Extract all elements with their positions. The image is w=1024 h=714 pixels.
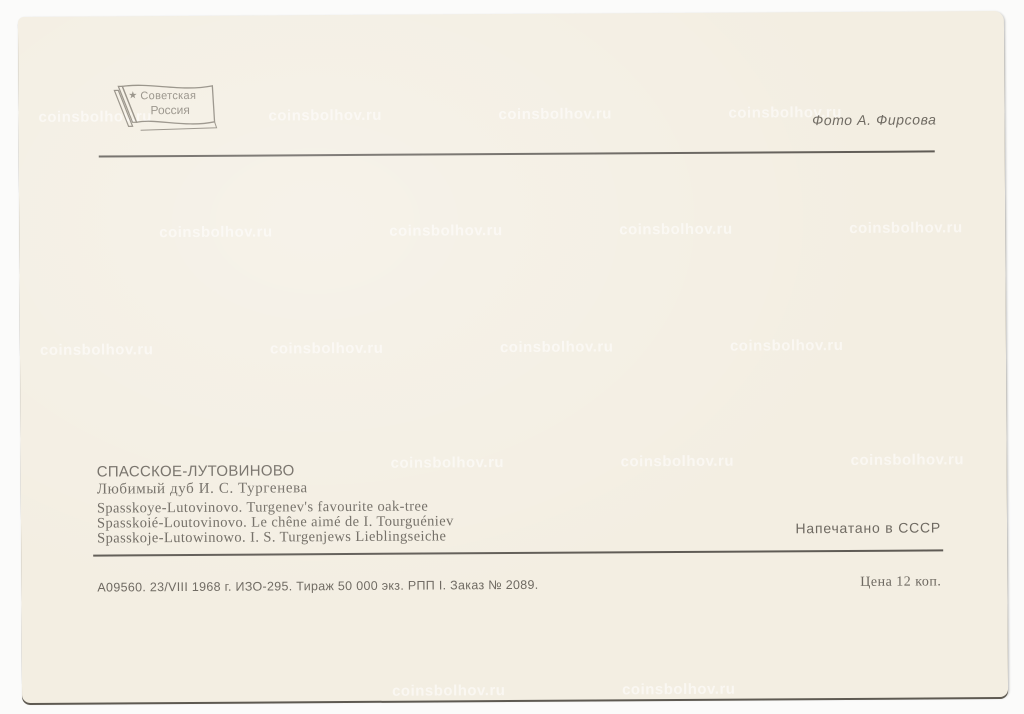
watermark: coinsbolhov.ru	[392, 682, 506, 700]
top-divider	[99, 150, 935, 157]
watermark: coinsbolhov.ru	[500, 338, 614, 356]
subtitle-russian: Любимый дуб И. С. Тургенева	[97, 480, 308, 498]
logo-line-1: Советская	[140, 90, 196, 102]
watermark: coinsbolhov.ru	[159, 223, 273, 241]
star-icon: ★	[128, 90, 137, 101]
watermark: coinsbolhov.ru	[619, 221, 733, 239]
logo-line-2: Россия	[150, 103, 189, 117]
printed-in-label: Напечатано в СССР	[795, 519, 941, 536]
watermark: coinsbolhov.ru	[268, 107, 382, 125]
publisher-logo: ★ Советская Россия	[110, 78, 220, 139]
imprint-line: А09560. 23/VIII 1968 г. ИЗО-295. Тираж 5…	[97, 578, 538, 595]
watermark: coinsbolhov.ru	[730, 337, 844, 355]
watermark: coinsbolhov.ru	[389, 222, 503, 240]
watermark: coinsbolhov.ru	[849, 219, 963, 237]
watermark: coinsbolhov.ru	[270, 340, 384, 358]
title-russian: СПАССКОЕ-ЛУТОВИНОВО	[97, 462, 295, 480]
watermark: coinsbolhov.ru	[851, 451, 965, 469]
watermark: coinsbolhov.ru	[621, 453, 735, 471]
caption-german: Spasskoje-Lutowinowo. I. S. Turgenjews L…	[97, 529, 446, 546]
watermark: coinsbolhov.ru	[40, 341, 154, 359]
photo-credit: Фото А. Фирсова	[812, 111, 937, 128]
watermark: coinsbolhov.ru	[391, 454, 505, 472]
watermark: coinsbolhov.ru	[622, 681, 736, 699]
price-label: Цена 12 коп.	[860, 574, 941, 590]
watermark: coinsbolhov.ru	[498, 105, 612, 123]
bottom-divider	[93, 549, 943, 556]
postcard-back: coinsbolhov.ru coinsbolhov.ru coinsbolho…	[18, 11, 1008, 703]
